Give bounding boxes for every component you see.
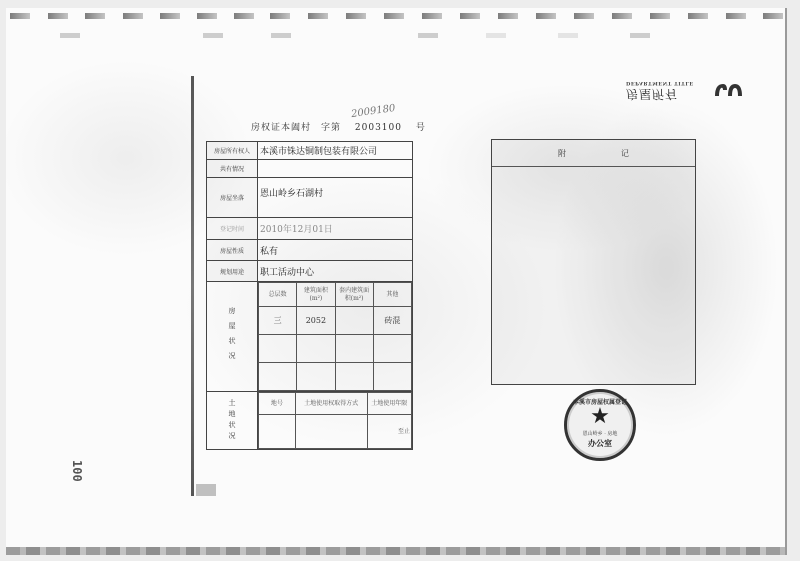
cell-land-number [259, 415, 296, 449]
house-status-row [259, 363, 412, 391]
house-status-header: 总层数 建筑面积(m²) 套内建筑面积(m²) 其他 [259, 283, 412, 307]
binding-hole [384, 13, 404, 19]
cell-empty [373, 363, 411, 391]
ownership-form: 房屋所有权人 本溪市铢达铜制包装有限公司 共有情况 房屋坐落 恩山岭乡石湖村 登… [206, 141, 413, 450]
scan-bottom-edge [6, 547, 785, 555]
seal-middle-text: 恩山岭乡 · 房地 [571, 430, 629, 437]
binding-hole [234, 13, 254, 19]
header-other: 其他 [373, 283, 411, 307]
binding-hole [422, 13, 442, 19]
binding-holes-row [6, 10, 785, 22]
planned-use-value: 职工活动中心 [258, 261, 413, 282]
header-land-acquisition: 土地使用权取得方式 [295, 393, 367, 415]
form-row-owner: 房屋所有权人 本溪市铢达铜制包装有限公司 [207, 142, 413, 160]
land-status-side-cell: 土地状况 [207, 392, 258, 450]
cell-empty [373, 335, 411, 363]
co-ownership-label: 共有情况 [207, 160, 258, 178]
remarks-box: 附 记 [491, 139, 696, 385]
land-status-header: 地号 土地使用权取得方式 土地使用年限 [259, 393, 412, 415]
binding-hole [160, 13, 180, 19]
header-floors: 总层数 [259, 283, 297, 307]
remarks-header: 附 记 [492, 140, 695, 167]
land-status-row: 至止 [259, 415, 412, 449]
co-ownership-value [258, 160, 413, 178]
certificate-suffix: 号 [416, 123, 426, 133]
location-value: 恩山岭乡石湖村 [258, 178, 413, 218]
cell-land-term: 至止 [367, 415, 412, 449]
cell-empty [335, 363, 373, 391]
form-row-house-status: 房屋状况 总层数 建筑面积(m²) 套内建筑面积(m²) 其他 三 2052 砖… [207, 282, 413, 392]
cell-empty [259, 335, 297, 363]
owner-label: 房屋所有权人 [207, 142, 258, 160]
binding-hole [726, 13, 746, 19]
scan-smudge [196, 484, 216, 496]
faint-mark [271, 33, 291, 38]
form-row-location: 房屋坐落 恩山岭乡石湖村 [207, 178, 413, 218]
binding-hole [650, 13, 670, 19]
registration-date-value: 2010年12月01日 [258, 218, 413, 240]
handwritten-number: 2009180 [350, 103, 396, 120]
binding-hole [123, 13, 143, 19]
faint-mark [418, 33, 438, 38]
header-inner-area: 套内建筑面积(m²) [335, 283, 373, 307]
planned-use-label: 规划用途 [207, 261, 258, 282]
cell-empty [335, 335, 373, 363]
land-status-label: 土地状况 [227, 395, 237, 447]
logo-emblem-icon [713, 82, 743, 98]
cell-empty [297, 335, 335, 363]
seal-bottom-text: 办公室 [567, 438, 633, 449]
house-status-row: 三 2052 砖混 [259, 307, 412, 335]
cell-floors: 三 [259, 307, 297, 335]
registration-date-label: 登记时间 [207, 218, 258, 240]
remarks-title-right: 记 [621, 148, 629, 159]
owner-value: 本溪市铢达铜制包装有限公司 [258, 142, 413, 160]
cell-empty [297, 363, 335, 391]
faint-marks-row [6, 33, 785, 43]
official-seal: 本溪市房屋权属登记中心 ★ 恩山岭乡 · 房地 办公室 [564, 389, 636, 461]
binding-hole [346, 13, 366, 19]
binding-edge-line [191, 76, 194, 496]
binding-hole [688, 13, 708, 19]
binding-hole [270, 13, 290, 19]
star-icon: ★ [567, 406, 633, 428]
header-building-area: 建筑面积(m²) [297, 283, 335, 307]
header-land-term: 土地使用年限 [367, 393, 412, 415]
form-row-property-nature: 房屋性质 私有 [207, 240, 413, 261]
cell-building-area: 2052 [297, 307, 335, 335]
faint-mark [203, 33, 223, 38]
binding-hole [536, 13, 556, 19]
certificate-title: 房权证本阖村 字第 2003100 号 [251, 120, 426, 133]
house-status-table: 总层数 建筑面积(m²) 套内建筑面积(m²) 其他 三 2052 砖混 [258, 282, 412, 391]
house-status-cell: 总层数 建筑面积(m²) 套内建筑面积(m²) 其他 三 2052 砖混 [258, 282, 413, 392]
land-status-table: 地号 土地使用权取得方式 土地使用年限 至止 [258, 392, 412, 449]
faint-mark [630, 33, 650, 38]
form-row-planned-use: 规划用途 职工活动中心 [207, 261, 413, 282]
header-land-number: 地号 [259, 393, 296, 415]
remarks-title-left: 附 [558, 148, 566, 159]
binding-hole [763, 13, 783, 19]
house-status-side-cell: 房屋状况 [207, 282, 258, 392]
faint-mark [558, 33, 578, 38]
binding-hole [498, 13, 518, 19]
binding-hole [197, 13, 217, 19]
binding-hole [10, 13, 30, 19]
form-row-land-status: 土地状况 地号 土地使用权取得方式 土地使用年限 至止 [207, 392, 413, 450]
logo-big-text: 房屋所有 [626, 86, 678, 103]
cell-inner-area [335, 307, 373, 335]
form-row-co-ownership: 共有情况 [207, 160, 413, 178]
property-nature-value: 私有 [258, 240, 413, 261]
faint-mark [60, 33, 80, 38]
binding-hole [612, 13, 632, 19]
property-nature-label: 房屋性质 [207, 240, 258, 261]
faint-mark [486, 33, 506, 38]
certificate-number: 2003100 [355, 123, 402, 133]
binding-hole [85, 13, 105, 19]
cell-empty [259, 363, 297, 391]
page-number: 100 [70, 460, 84, 482]
form-row-registration-date: 登记时间 2010年12月01日 [207, 218, 413, 240]
cell-land-acquisition [295, 415, 367, 449]
department-logo: DEPARTMENT TITLE 房屋所有 [623, 78, 743, 100]
house-status-label: 房屋状况 [227, 287, 237, 387]
location-label: 房屋坐落 [207, 178, 258, 218]
land-status-cell: 地号 土地使用权取得方式 土地使用年限 至止 [258, 392, 413, 450]
binding-hole [48, 13, 68, 19]
binding-hole [574, 13, 594, 19]
house-status-row [259, 335, 412, 363]
binding-hole [460, 13, 480, 19]
certificate-title-text: 房权证本阖村 字第 [251, 123, 341, 133]
binding-hole [308, 13, 328, 19]
scanned-page: 2009180 房权证本阖村 字第 2003100 号 房屋所有权人 本溪市铢达… [6, 8, 787, 555]
cell-structure: 砖混 [373, 307, 411, 335]
